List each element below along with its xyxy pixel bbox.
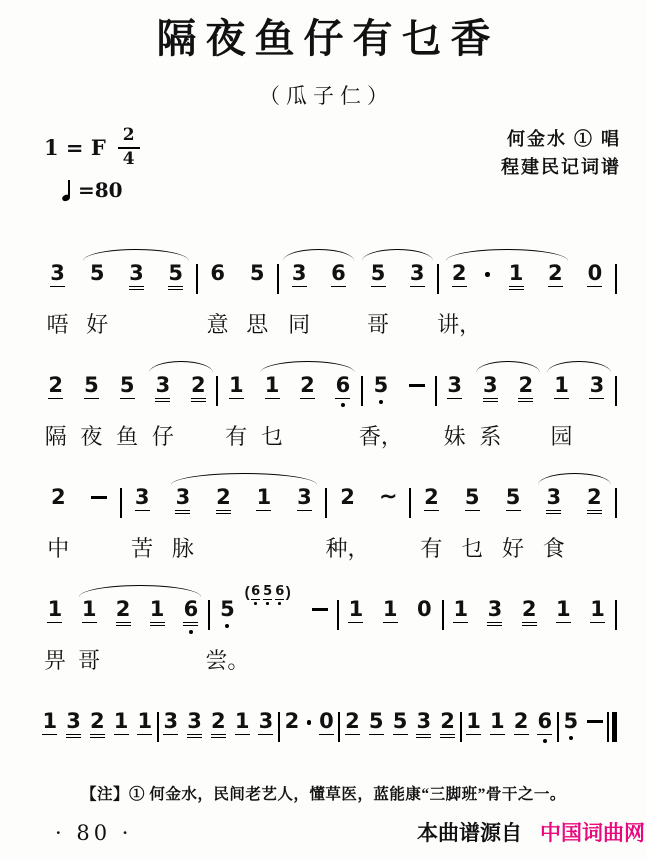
- meter-fraction: 2 4: [118, 126, 140, 169]
- note-underline: [187, 734, 202, 735]
- lyric-syllable: 好: [86, 308, 108, 339]
- lyric-syllable: 好: [502, 532, 524, 563]
- note-digit: 2: [211, 710, 226, 732]
- note: 2隔: [38, 374, 73, 399]
- note-digit: 5: [90, 262, 105, 284]
- slur-arc: [362, 249, 433, 261]
- note-underline: [84, 398, 99, 399]
- note-underline: [297, 510, 312, 511]
- note-digit: 2: [345, 710, 360, 732]
- lyric-syllable: 乜: [261, 420, 283, 451]
- note: 1: [244, 486, 285, 514]
- note-underline: [163, 734, 178, 735]
- note-digit: 5: [120, 374, 135, 396]
- note-digit: 6: [210, 262, 225, 284]
- note-digit: 3: [66, 710, 81, 732]
- music-system: 3唔5好356意5思3同65哥32讲，120: [38, 246, 617, 342]
- slur-arc: [79, 585, 201, 597]
- note: 1: [38, 710, 62, 735]
- note-underline: [548, 286, 563, 287]
- note: 3妹: [437, 374, 472, 399]
- note: 3: [62, 710, 86, 738]
- note: 2: [436, 710, 460, 738]
- slur-arc: [446, 249, 568, 261]
- lyric-syllable: 哥: [367, 308, 389, 339]
- slur-group: 1乜26: [254, 374, 360, 407]
- slur-arc: [260, 361, 356, 373]
- lyric-syllable: 乜: [461, 532, 483, 563]
- note-underline: [258, 734, 273, 735]
- note-digit: 3: [156, 374, 171, 396]
- note-underline: [90, 734, 105, 735]
- note-underline: [416, 737, 431, 738]
- key-signature: 1 = F 2 4: [44, 126, 140, 169]
- octave-dot: [569, 736, 573, 740]
- source-attribution: 本曲谱源自 中国词曲网: [417, 817, 645, 847]
- note-digit: 2: [518, 374, 533, 396]
- note: 5香，: [363, 374, 398, 404]
- note-digit: 0: [588, 262, 603, 284]
- note-underline: [319, 734, 334, 735]
- note-digit: 1: [554, 374, 569, 396]
- note-underline: [335, 398, 350, 399]
- note-digit: 3: [135, 486, 150, 508]
- note: 5夜: [74, 374, 109, 399]
- note: 2: [574, 486, 615, 514]
- note: 3仔: [145, 374, 180, 402]
- barline: [615, 264, 617, 294]
- note-underline: [587, 513, 602, 514]
- duration-dot: [479, 262, 497, 290]
- note: 2: [203, 486, 244, 514]
- slur-arc: [171, 473, 317, 485]
- note-digit: 2: [216, 486, 231, 508]
- note: 1: [133, 710, 157, 735]
- note-digit: 5: [564, 710, 579, 732]
- note: 2: [86, 710, 110, 738]
- note: 2有: [411, 486, 452, 511]
- note-digit: 2: [340, 486, 355, 508]
- note-underline: [211, 734, 226, 735]
- slur-group: 3系2: [473, 374, 544, 402]
- note-underline: [191, 401, 206, 402]
- slur-group: 3食2: [534, 486, 615, 514]
- key-signature-block: 1 = F 2 4 =80: [44, 126, 140, 202]
- lyric-syllable: 尝。: [205, 644, 249, 675]
- lyric-syllable: 意: [207, 308, 229, 339]
- note-digit: 5: [374, 374, 389, 396]
- note: 2: [106, 598, 140, 634]
- note-underline: [292, 286, 307, 287]
- note-underline: [42, 734, 57, 735]
- octave-dot: [189, 630, 193, 634]
- note: 6: [533, 710, 557, 743]
- grace-note: 6: [251, 585, 260, 605]
- note-digit: 1: [138, 710, 153, 732]
- grace-notes: (656): [245, 585, 303, 605]
- music-system: 1畀1哥2165尝。(656)11013211: [38, 582, 617, 678]
- note: 3: [117, 262, 156, 290]
- note-digit: 1: [590, 598, 605, 620]
- note-underline: [256, 510, 271, 511]
- note-underline: [522, 622, 537, 623]
- page-number: · 80 ·: [55, 821, 132, 845]
- slur-group: 3同6: [280, 262, 358, 287]
- note: 2: [207, 710, 231, 738]
- note-underline: [509, 286, 524, 287]
- note-underline: [129, 286, 144, 287]
- slur-arc: [149, 361, 213, 373]
- lyric-syllable: 苦: [131, 532, 153, 563]
- note-underline: [424, 510, 439, 511]
- note-underline: [518, 398, 533, 399]
- note-digit: 1: [48, 598, 63, 620]
- lyric-syllable: 仔: [152, 420, 174, 451]
- note: 3系: [473, 374, 508, 402]
- note: 5思: [238, 262, 277, 284]
- page-footer: · 80 · 本曲谱源自 中国词曲网: [0, 817, 647, 847]
- note: 2: [512, 598, 546, 626]
- note-underline: [183, 622, 198, 623]
- grace-note: 6: [275, 585, 284, 605]
- note: 1: [486, 710, 510, 735]
- lyric-syllable: 食: [543, 532, 565, 563]
- note-digit: 1: [349, 598, 364, 620]
- lyric-syllable: 同: [288, 308, 310, 339]
- note-digit: 1: [82, 598, 97, 620]
- note: 5好: [493, 486, 534, 511]
- lyric-syllable: 讲，: [437, 308, 481, 339]
- note-digit: 3: [416, 710, 431, 732]
- note-underline: [47, 622, 62, 623]
- note-digit: 2: [452, 262, 467, 284]
- lyric-syllable: 鱼: [116, 420, 138, 451]
- note-underline: [168, 286, 183, 287]
- lyric-syllable: 香，: [359, 420, 403, 451]
- note: 3: [412, 710, 436, 738]
- note-digit: 6: [184, 598, 199, 620]
- slur-group: 1园3: [544, 374, 615, 399]
- slur-group: 3仔2: [145, 374, 216, 402]
- note-underline: [66, 734, 81, 735]
- note-digit: 6: [538, 710, 553, 732]
- note: 3: [579, 374, 614, 399]
- duration-dot: [304, 710, 315, 725]
- note-underline: [183, 625, 198, 626]
- note-digit: 2: [285, 710, 300, 732]
- key-signature-label: 1 = F: [44, 135, 106, 160]
- barline: [615, 488, 617, 518]
- note-digit: 3: [187, 710, 202, 732]
- site-name[interactable]: 中国词曲网: [540, 817, 645, 847]
- note-underline: [466, 734, 481, 735]
- note: 3: [183, 710, 207, 738]
- grace-note: 5: [263, 585, 272, 605]
- credit-singer: 何金水 ① 唱: [501, 126, 621, 154]
- note: 1园: [544, 374, 579, 399]
- note-digit: 2: [522, 598, 537, 620]
- note-digit: 3: [590, 374, 605, 396]
- note-underline: [452, 286, 467, 287]
- note-digit: 5: [393, 710, 408, 732]
- note-digit: 1: [229, 374, 244, 396]
- note-underline: [50, 286, 65, 287]
- note: 6意: [198, 262, 237, 284]
- meter-denominator: 4: [123, 149, 135, 170]
- note-digit: 2: [440, 710, 455, 732]
- note: 3苦: [122, 486, 163, 511]
- note-underline: [440, 737, 455, 738]
- note-underline: [410, 286, 425, 287]
- slur-group: 2讲，12: [440, 262, 575, 290]
- note: 2种，: [327, 486, 368, 508]
- note-underline: [135, 510, 150, 511]
- note-underline: [556, 622, 571, 623]
- note-digit: 2: [191, 374, 206, 396]
- note: 2中: [38, 486, 79, 508]
- note-underline: [150, 625, 165, 626]
- slur-arc: [547, 361, 611, 373]
- lyric-syllable: 园: [550, 420, 572, 451]
- note-underline: [211, 737, 226, 738]
- note: 6: [325, 374, 360, 407]
- octave-dot: [543, 739, 547, 743]
- note-digit: 6: [331, 262, 346, 284]
- note-digit: 2: [51, 486, 66, 508]
- note-underline: [522, 625, 537, 626]
- final-barline: [607, 712, 617, 742]
- music-system: 2中3苦3脉2132种，∼2有5乜5好3食2: [38, 470, 617, 566]
- note-digit: 3: [483, 374, 498, 396]
- score: 3唔5好356意5思3同65哥32讲，1202隔5夜5鱼3仔21有1乜265香，…: [38, 246, 617, 748]
- note-underline: [447, 398, 462, 399]
- slur-group: 3脉213: [163, 486, 325, 514]
- barline: [615, 600, 617, 630]
- note: 5哥: [358, 262, 397, 287]
- note-underline: [187, 737, 202, 738]
- note-digit: 1: [265, 374, 280, 396]
- note-digit: 1: [114, 710, 129, 732]
- note: 3唔: [38, 262, 77, 287]
- note-digit: 1: [556, 598, 571, 620]
- slur-group: 1哥216: [72, 598, 208, 634]
- note: 3: [398, 262, 437, 287]
- lyric-syllable: 唔: [47, 308, 69, 339]
- note: 1: [444, 598, 478, 623]
- note-digit: 2: [548, 262, 563, 284]
- lyric-syllable: 思: [246, 308, 268, 339]
- note-digit: 2: [90, 710, 105, 732]
- slur-arc: [83, 249, 189, 261]
- note: 2: [280, 710, 304, 732]
- note: 6: [174, 598, 208, 634]
- note: 2: [536, 262, 575, 290]
- note: 1: [462, 710, 486, 735]
- note-digit: 3: [292, 262, 307, 284]
- note-underline: [155, 401, 170, 402]
- note-underline: [453, 622, 468, 623]
- note-digit: 5: [220, 598, 235, 620]
- note-digit: 6: [336, 374, 351, 396]
- lyric-syllable: 有: [225, 420, 247, 451]
- note-digit: 5: [168, 262, 183, 284]
- note-digit: 0: [417, 598, 432, 620]
- note-digit: 5: [369, 710, 384, 732]
- note-digit: 1: [453, 598, 468, 620]
- note-underline: [546, 510, 561, 511]
- tempo-marking: =80: [62, 178, 140, 202]
- slur-arc: [283, 249, 354, 261]
- note: 0: [315, 710, 339, 735]
- note-underline: [116, 625, 131, 626]
- note: 5尝。: [210, 598, 244, 628]
- note-underline: [589, 398, 604, 399]
- lyric-syllable: 妹: [444, 420, 466, 451]
- note: 1: [339, 598, 373, 623]
- note: 5: [559, 710, 583, 740]
- note-underline: [175, 510, 190, 511]
- note: 1: [581, 598, 615, 623]
- note-underline: [120, 398, 135, 399]
- note: 1乜: [254, 374, 289, 407]
- note-underline: [509, 289, 524, 290]
- note-underline: [66, 737, 81, 738]
- note-underline: [116, 622, 131, 623]
- song-subtitle: （瓜子仁）: [0, 80, 647, 110]
- lyric-syllable: 脉: [172, 532, 194, 563]
- note-digit: 5: [465, 486, 480, 508]
- note-digit: 2: [587, 486, 602, 508]
- note-underline: [487, 622, 502, 623]
- note: 3脉: [163, 486, 204, 514]
- note-underline: [150, 622, 165, 623]
- note: 2: [509, 710, 533, 735]
- note-underline: [483, 398, 498, 399]
- note-digit: 3: [488, 598, 503, 620]
- note-underline: [300, 398, 315, 399]
- quarter-note-icon: [62, 179, 73, 201]
- lyric-syllable: 有: [420, 532, 442, 563]
- note-digit: 3: [447, 374, 462, 396]
- note: 1: [373, 598, 407, 623]
- note-digit: 5: [250, 262, 265, 284]
- note: 5: [156, 262, 195, 290]
- note-digit: 3: [164, 710, 179, 732]
- lyric-syllable: 畀: [44, 644, 66, 675]
- note-digit: 2: [48, 374, 63, 396]
- note-underline: [265, 398, 280, 399]
- octave-dot: [225, 624, 229, 628]
- note-underline: [546, 513, 561, 514]
- note-underline: [82, 622, 97, 623]
- music-system: 2隔5夜5鱼3仔21有1乜265香，3妹3系21园3: [38, 358, 617, 454]
- note: 2: [508, 374, 543, 402]
- tempo-value: =80: [78, 178, 123, 202]
- note-underline: [216, 513, 231, 514]
- credit-transcriber: 程建民记词谱: [501, 154, 621, 182]
- note: 2: [290, 374, 325, 407]
- note-digit: 1: [509, 262, 524, 284]
- note-underline: [155, 398, 170, 399]
- dash: [583, 710, 607, 723]
- note-digit: 3: [259, 710, 274, 732]
- note-digit: 5: [84, 374, 99, 396]
- note-underline: [331, 286, 346, 287]
- slur-group: 5好35: [78, 262, 196, 290]
- note-underline: [383, 622, 398, 623]
- note-underline: [514, 734, 529, 735]
- note-digit: 5: [506, 486, 521, 508]
- note-digit: 3: [50, 262, 65, 284]
- note-underline: [216, 510, 231, 511]
- note-underline: [590, 622, 605, 623]
- note-underline: [137, 734, 152, 735]
- lyric-syllable: 中: [47, 532, 69, 563]
- note-digit: 1: [257, 486, 272, 508]
- note-underline: [490, 734, 505, 735]
- lyric-syllable: 系: [479, 420, 501, 451]
- note: 2: [181, 374, 216, 402]
- dash: [79, 486, 120, 499]
- note-digit: 2: [514, 710, 529, 732]
- note: 2讲，: [440, 262, 479, 290]
- note-underline: [393, 734, 408, 735]
- note-digit: 1: [466, 710, 481, 732]
- note-digit: 3: [176, 486, 191, 508]
- note: 1: [140, 598, 174, 634]
- music-system: 1321133213202553211265: [38, 694, 617, 748]
- note-underline: [229, 398, 244, 399]
- slur-group: 5哥3: [358, 262, 436, 287]
- note-underline: [554, 398, 569, 399]
- note-underline: [416, 734, 431, 735]
- note-digit: 3: [297, 486, 312, 508]
- note-underline: [114, 734, 129, 735]
- note-underline: [506, 510, 521, 511]
- meter-numerator: 2: [118, 126, 140, 149]
- note: 3食: [534, 486, 575, 514]
- note-underline: [369, 734, 384, 735]
- dash: ∼: [368, 486, 409, 508]
- note-digit: 0: [319, 710, 334, 732]
- note-underline: [90, 737, 105, 738]
- note: 1哥: [72, 598, 106, 634]
- note: 3: [159, 710, 183, 735]
- note-underline: [587, 286, 602, 287]
- note-underline: [48, 398, 63, 399]
- note: 5: [388, 710, 412, 735]
- note-digit: 1: [490, 710, 505, 732]
- note-underline: [348, 622, 363, 623]
- credits-block: 何金水 ① 唱 程建民记词谱: [501, 126, 621, 202]
- note-underline: [487, 625, 502, 626]
- note: 0: [407, 598, 441, 620]
- note-underline: [129, 289, 144, 290]
- note-underline: [518, 401, 533, 402]
- dash: [303, 598, 337, 611]
- note-underline: [235, 734, 250, 735]
- note-digit: 2: [116, 598, 131, 620]
- note-digit: 1: [383, 598, 398, 620]
- slur-arc: [538, 473, 611, 485]
- note-underline: [440, 734, 455, 735]
- note: 1: [109, 710, 133, 735]
- note: 5好: [78, 262, 117, 290]
- note: 2: [341, 710, 365, 735]
- note-digit: 2: [424, 486, 439, 508]
- lyric-syllable: 夜: [80, 420, 102, 451]
- note-underline: [371, 286, 386, 287]
